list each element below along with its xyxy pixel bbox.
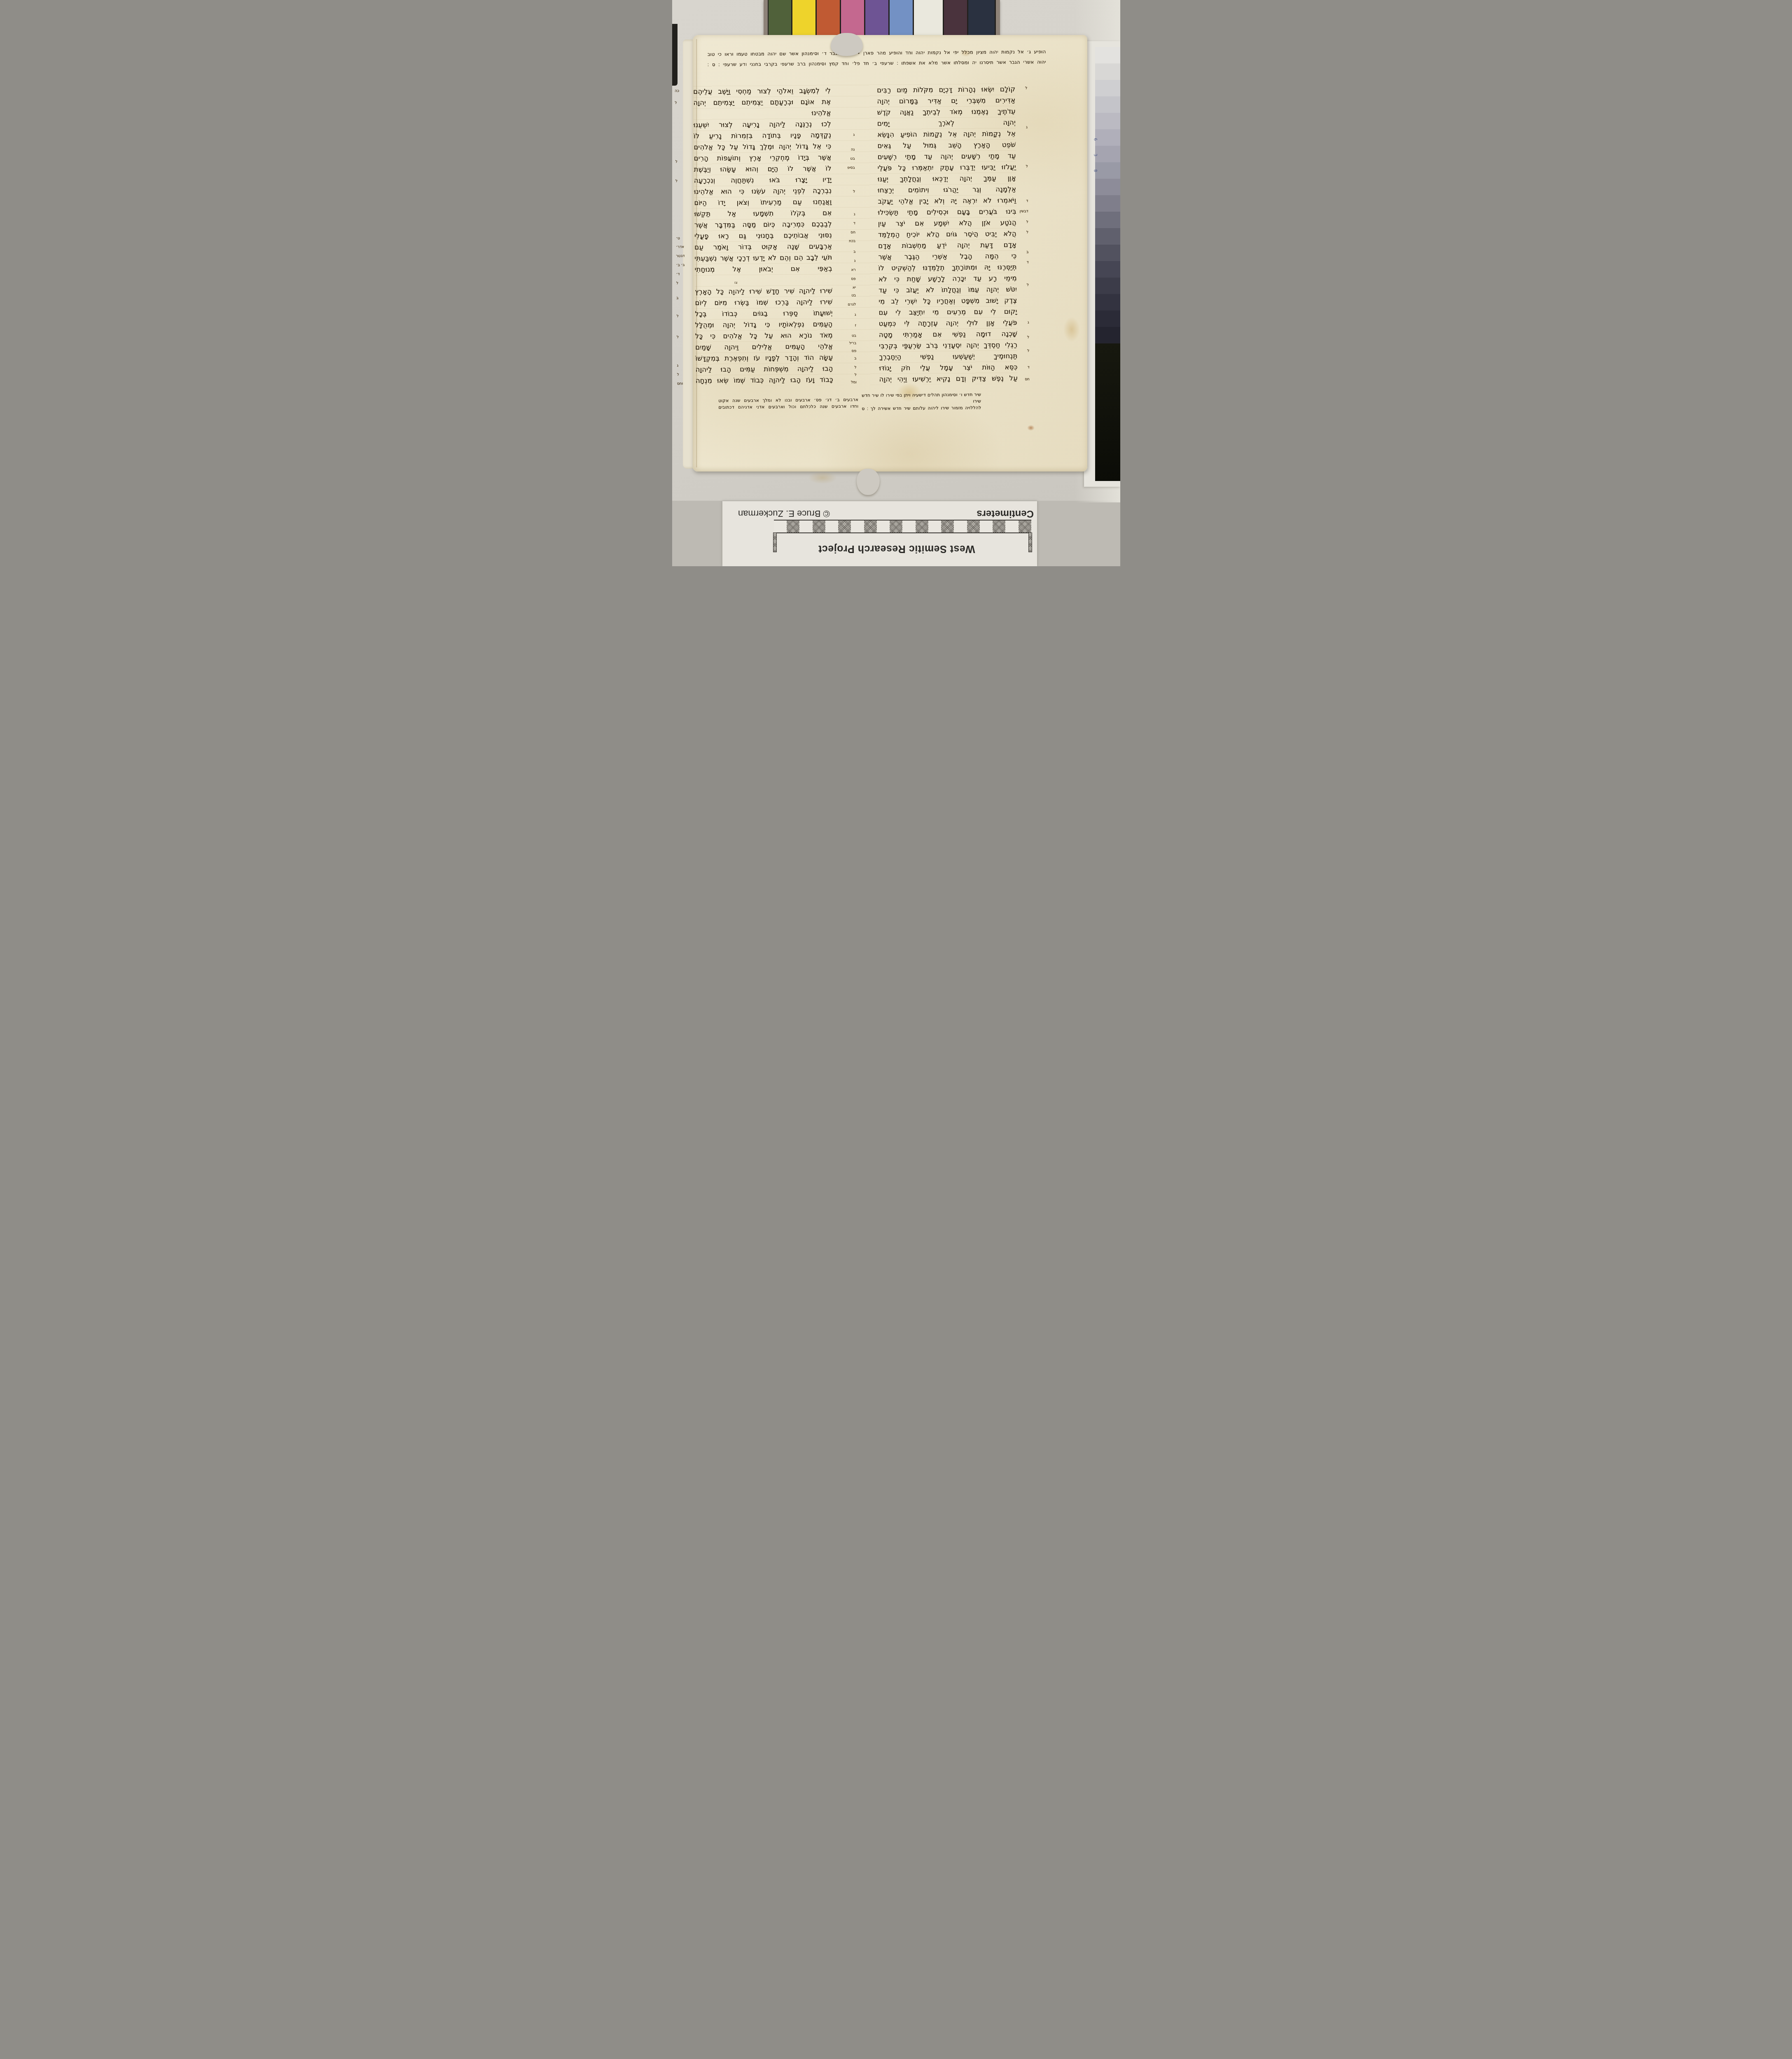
photo-canvas: 638 הופיע ג׳ אל נקמות יהוה מציון מכלל יפ…: [672, 0, 1120, 566]
psalm-text-line: לְבַבְכֶם כִּמְרִיבָה כְּיוֹם מַסָּה בַּ…: [694, 218, 832, 231]
psalm-text-line: פֹּעֲלֵי אָוֶן לוּלֵי יְהוָה עֶזְרָתָה ל…: [878, 317, 1017, 329]
scale-square: [1018, 521, 1031, 532]
psalm-text-line: וַיֹּאמְרוּ לֹא יִרְאֶה יָּהּ וְלֹא יָבִ…: [878, 195, 1016, 207]
masorah-parva-note: ד: [853, 221, 855, 225]
masorah-parva-note: ז: [855, 323, 856, 327]
masorah-parva-note: ד: [1027, 366, 1029, 370]
scale-square: [890, 521, 902, 532]
masorah-parva-note: ד: [1026, 199, 1028, 203]
masorah-parva-note: לגרם: [848, 302, 856, 306]
psalm-text-line: לְכוּ נְרַנְּנָה לַיהוָה נָרִיעָה לְצוּר…: [693, 118, 831, 131]
centimeter-scale-bar: [774, 520, 1031, 533]
copyright-label: © Bruce E. Zuckerman: [738, 508, 830, 519]
scale-square: [864, 521, 876, 532]
ruler-caption-row: Centimeters © Bruce E. Zuckerman: [727, 508, 1034, 519]
masorah-parva-note: בריל: [849, 341, 856, 346]
masorah-parva-note: ל: [676, 314, 678, 318]
masorah-parva-note: ל: [675, 101, 677, 105]
masorah-parva-note: ב: [676, 296, 678, 300]
psalm-text-line: אִם בְּקֹלוֹ תִשְׁמָעוּ אַל תַּקְשׁוּ: [694, 207, 832, 219]
masorah-parva-note: ל: [853, 190, 855, 194]
masorah-parva-note: בסיפ: [847, 166, 855, 170]
masorah-parva-note: ל: [1027, 349, 1029, 353]
scale-square: [838, 521, 851, 532]
psalm-text-line: יָדָיו יָצָרוּ בֹּאוּ נִשְׁתַּחֲוֶה וְנִ…: [694, 174, 831, 186]
scale-square: [877, 521, 890, 532]
scale-end-mark-left: [1028, 532, 1032, 552]
masorah-parva-note: אדר׳: [676, 245, 684, 249]
masorah-parva-note: ד׳: [676, 272, 680, 276]
psalm-text-line: נְקַדְּמָה פָנָיו בְּתוֹדָה בִּזְמִרוֹת …: [694, 129, 831, 142]
scale-square: [954, 521, 967, 532]
masorah-parva-note: חס: [1025, 378, 1030, 382]
psalm-text-line: שִׁירוּ לַיהוָה שִׁיר חָדָשׁ שִׁירוּ לַי…: [695, 285, 832, 297]
psalm-text-line: [694, 274, 832, 286]
masorah-parva-note: ל: [1027, 336, 1029, 340]
masorah-parva-note: ג: [853, 212, 855, 217]
psalm-text-line: כִּי אֵל גָּדוֹל יְהוָה וּמֶלֶךְ גָּדוֹל…: [694, 140, 831, 153]
masorah-parva-note: ב: [1026, 250, 1028, 254]
masorah-parva-note: חס: [850, 230, 855, 234]
psalm-text-line: עַד מָתַי רְשָׁעִים יְהוָה עַד מָתַי רְש…: [877, 150, 1016, 163]
scale-square: [825, 521, 838, 532]
psalm-text-line: עַל נֶפֶשׁ צַדִּיק וְדָם נָקִיא יַרְשִׁי…: [879, 373, 1017, 385]
masorah-parva-note: יא: [853, 286, 856, 290]
masorah-line: יהוה אשרי הגבר אשר תיסרנו יה ומסלתו אשר …: [707, 57, 1046, 70]
scale-square: [799, 521, 812, 532]
psalm-text-line: תֹּעֵי לֵבָב הֵם וְהֵם לֹא יָדְעוּ דְרָכ…: [694, 252, 832, 264]
masorah-parva-note: ב׳ ב׳: [676, 263, 685, 267]
masorah-parva-note: דבטר: [676, 254, 685, 258]
psalm-text-line: כָּבוֹד וָעֹז הָבוּ לַיהוָה כְּבוֹד שְׁמ…: [695, 374, 833, 386]
psalm-text-line: יָקוּם לִי עִם מְרֵעִים מִי יִתְיַצֵּב ל…: [878, 306, 1017, 318]
psalm-text-line: עָשָׂה הוֹד וְהָדָר לְפָנָיו עֹז וְתִפְא…: [695, 352, 833, 364]
masorah-parva-note: ג: [854, 259, 855, 263]
masorah-parva-note: נה: [850, 148, 855, 152]
psalm-text-line: אַלְמָנָה וְגֵר יַהֲרֹגוּ וִיתוֹמִים יְר…: [878, 184, 1016, 196]
masorah-parva-note: ג: [853, 133, 855, 137]
psalm-text-line: וַאֲנַחְנוּ עַם מַרְעִיתוֹ וְצֹאן יָדוֹ …: [694, 196, 832, 208]
psalm-text-line: אַרְבָּעִים שָׁנָה אָקוּט בְּדוֹר וָאֹמַ…: [694, 240, 832, 253]
masorah-parva-note: ל: [1025, 86, 1027, 91]
masorah-parva-note: וחס: [677, 382, 682, 386]
column-right-psalms-93-94: קוֹלָם יִשְׂאוּ נְהָרוֹת דָּכְיָם מִקֹּל…: [877, 84, 1018, 385]
ruler-card: West Semitic Research Project Centimeter…: [722, 501, 1037, 566]
scale-square: [928, 521, 941, 532]
psalm-text-line: אֵל נְקָמוֹת יְהוָה אֵל נְקָמוֹת הוֹפִיע…: [877, 128, 1016, 140]
masorah-parva-note: בכת: [849, 239, 855, 243]
psalm-text-line: אָוֶן עַמְּךָ יְהוָה יְדַכְּאוּ וְנַחֲלָ…: [877, 173, 1016, 185]
masorah-parva-note: ל: [1026, 164, 1028, 168]
ruler-rotated-content: West Semitic Research Project Centimeter…: [722, 501, 1037, 566]
psalm-text-line: כִּי הֵמָּה הָבֶל אַשְׁרֵי הַגֶּבֶר אֲשֶ…: [878, 250, 1016, 263]
psalm-text-line: הֲנֹטַע אֹזֶן הֲלֹא יִשְׁמָע אִם יֹצֵר ע…: [878, 217, 1016, 229]
psalm-text-line: קוֹלָם יִשְׂאוּ נְהָרוֹת דָּכְיָם מִקֹּל…: [877, 84, 1015, 96]
masorah-parva-note: ל: [1026, 231, 1028, 235]
text-block: הופיע ג׳ אל נקמות יהוה מציון מכלל יפי אל…: [672, 0, 1120, 566]
psalm-text-line: לוֹ אֲשֶׁר לוֹ הַיָּם וְהוּא עָשָׂהוּ וְ…: [694, 163, 831, 175]
scale-square: [812, 521, 825, 532]
parchment-tab-bottom: [857, 469, 880, 495]
psalm-text-line: אַדִּירִים מִשְׁבְּרֵי יָם אַדִּיר בַּמָ…: [877, 95, 1015, 107]
masorah-parva-note: פס: [851, 277, 856, 281]
psalm-text-line: תַּנְחוּמֶיךָ יְשַׁעַשְׁעוּ נַפְשִׁי הַי…: [879, 350, 1017, 363]
psalm-text-line: אָדָם דָּעַת יְהוָה יֹדֵעַ מַחְשְׁבוֹת א…: [878, 239, 1016, 252]
column-left-psalms-94-96: לִי לְמִשְׂגָּב וֵאלֹהַי לְצוּר מַחְסִי …: [693, 85, 833, 386]
psalm-text-line: יִטֹּשׁ יְהוָה עַמּוֹ וְנַחֲלָתוֹ לֹא יַ…: [878, 284, 1017, 296]
psalm-text-line: נִסּוּנִי אֲבוֹתֵיכֶם בְּחָנוּנִי גַּם ר…: [694, 229, 832, 242]
masorah-parva-note: בט: [850, 157, 855, 161]
masorah-parva-note: בט: [851, 293, 856, 297]
psalm-text-line: הֲלֹא יַבִּיט הֲיֹסֵר גּוֹיִם הֲלֹא יוֹכ…: [878, 228, 1016, 240]
masorah-parva-note: ג: [1028, 320, 1029, 324]
psalm-text-line: מְאֹד נוֹרָא הוּא עַל כָּל אֱלֹהִים כִּי…: [695, 329, 832, 342]
masorah-parva-right-margin: לגלדדבשיןללבדלגללדחס: [1016, 83, 1033, 383]
masorah-parva-note: רא: [851, 268, 855, 272]
masorah-parva-note: ל: [854, 365, 856, 369]
scale-end-mark-right: [773, 532, 777, 552]
masorah-parva-note: ל: [675, 179, 678, 183]
masorah-parva-note: ג: [1026, 126, 1028, 130]
masorah-parva-note: ומל: [851, 381, 857, 385]
masorah-parva-note: פס: [851, 349, 856, 353]
psalm-text-line: צֶדֶק יָשׁוּב מִשְׁפָּט וְאַחֲרָיו כָּל …: [878, 295, 1017, 307]
psalm-text-line: שֹׁפֵט הָאָרֶץ הָשֵׁב גְּמוּל עַל גֵּאִי…: [877, 139, 1016, 152]
psalm-text-line: עֵדֹתֶיךָ נֶאֶמְנוּ מְאֹד לְבֵיתְךָ נַאֲ…: [877, 106, 1015, 118]
masorah-parva-note: כה: [675, 89, 679, 93]
masorah-parva-note: ל: [854, 373, 856, 377]
psalm-text-line: שָׁכְנָה דוּמָה נַפְשִׁי אִם אָמַרְתִּי …: [878, 328, 1017, 341]
masorah-magna-bottom-right: שיר חדש ו׳ וסימנהון תהלים דישעיה ויתן בפ…: [862, 391, 981, 412]
psalm-text-line: הָעַמִּים נִפְלְאוֹתָיו כִּי גָדוֹל יְהו…: [695, 318, 832, 331]
masorah-parva-note: ל: [1026, 283, 1028, 287]
masorah-parva-note: ג: [854, 313, 856, 317]
masorah-magna-bottom-left: ארבעים ב׳ דג׳ פס׳ ארבעים ובנו לא ומלך אר…: [718, 397, 858, 411]
ruler-project-label: West Semitic Research Project: [808, 543, 985, 555]
scale-square: [941, 521, 954, 532]
masorah-line: להללויה מזמור שירו ליהוה עלותם שיר חדש א…: [862, 404, 981, 412]
section-break-note: צו: [734, 281, 737, 285]
psalm-text-line: יְשׁוּעָתוֹ סַפְּרוּ בַגּוֹיִם כְּבוֹדוֹ…: [695, 307, 832, 320]
masorah-parva-note: ט׳: [676, 236, 680, 240]
psalm-text-line: בְאַפִּי אִם יְבֹאוּן אֶל מְנוּחָתִי: [694, 263, 832, 275]
scale-square: [851, 521, 864, 532]
scale-square: [774, 521, 787, 532]
psalm-text-line: מִימֵי רָע עַד יִכָּרֶה לָרָשָׁע שָׁחַת …: [878, 273, 1016, 285]
masorah-parva-note: ל: [676, 335, 678, 339]
psalm-text-line: אֱלֹהֵינוּ: [693, 107, 831, 119]
masorah-parva-gutter: גנהבטבסיפלגדחסבכתבגראפסיאבטלגרםגזבטברילפ…: [841, 85, 858, 385]
centimeters-label: Centimeters: [977, 508, 1034, 519]
psalm-text-line: אֶת אוֹנָם וּבְרָעָתָם יַצְמִיתֵם יַצְמִ…: [693, 96, 831, 108]
psalm-text-line: רַגְלִי חַסְדְּךָ יְהוָה יִסְעָדֵנִי בְּ…: [879, 339, 1017, 352]
masorah-parva-note: דבשין: [1019, 210, 1028, 214]
scale-square: [915, 521, 928, 532]
masorah-parva-note: בט: [851, 334, 856, 338]
masorah-magna-top: הופיע ג׳ אל נקמות יהוה מציון מכלל יפי אל…: [707, 47, 1046, 70]
masorah-parva-note: ב: [853, 250, 855, 254]
scale-square: [1005, 521, 1018, 532]
masorah-parva-note: ג: [677, 364, 678, 368]
masorah-parva-note: ל: [1026, 220, 1028, 224]
masorah-line: וחדו ארבעים שנה כלכלתם וכול וארבעים אדני…: [718, 403, 858, 411]
psalm-text-line: תְּיַסְּרֶנּוּ יָּהּ וּמִתּוֹרָתְךָ תְלַ…: [878, 261, 1016, 274]
masorah-parva-note: ב: [854, 356, 856, 360]
psalm-text-line: יְהוָה לְאֹרֶךְ יָמִים: [877, 117, 1015, 129]
psalm-text-line: כִּסֵּא הַוּוֹת יֹצֵר עָמָל עֲלֵי חֹק יָ…: [879, 362, 1017, 374]
masorah-parva-note: ל: [676, 281, 678, 285]
scale-square: [980, 521, 993, 532]
psalm-text-line: שִׁירוּ לַיהוָה בָּרְכוּ שְׁמוֹ בַּשְּׂר…: [695, 296, 832, 308]
psalm-text-line: אֲשֶׁר בְּיָדוֹ מֶחְקְרֵי אָרֶץ וְתוֹעֲפ…: [694, 152, 831, 164]
scale-square: [967, 521, 979, 532]
scale-square: [902, 521, 915, 532]
psalm-text-line: בִּינוּ בֹּעֲרִים בָּעָם וּכְסִילִים מָת…: [878, 206, 1016, 218]
psalm-text-line: לִי לְמִשְׂגָּב וֵאלֹהַי לְצוּר מַחְסִי …: [693, 85, 831, 97]
masorah-parva-note: ד: [1026, 261, 1028, 265]
psalm-text-line: הָבוּ לַיהוָה מִשְׁפְּחוֹת עַמִּים הָבוּ…: [695, 363, 833, 375]
scale-square: [787, 521, 799, 532]
masorah-parva-left-margin: כהלללט׳אדר׳דבטרב׳ ב׳ד׳לבללגלוחס: [673, 86, 694, 386]
psalm-text-line: אֱלֹהֵי הָעַמִּים אֱלִילִים וַיהוָה שָׁמ…: [695, 341, 833, 353]
masorah-parva-note: ל: [677, 373, 679, 377]
scale-square: [993, 521, 1005, 532]
parchment-tab-top: [831, 33, 863, 56]
masorah-line: שיר חדש ו׳ וסימנהון תהלים דישעיה ויתן בפ…: [862, 391, 981, 405]
masorah-parva-note: ל: [675, 160, 677, 164]
psalm-text-line: נִבְרְכָה לִפְנֵי יְהוָה עֹשֵׂנוּ כִּי ה…: [694, 185, 832, 197]
psalm-text-line: יַעֲלֹזוּ יַבִּיעוּ יְדַבְּרוּ עָתָק יִת…: [877, 161, 1016, 174]
